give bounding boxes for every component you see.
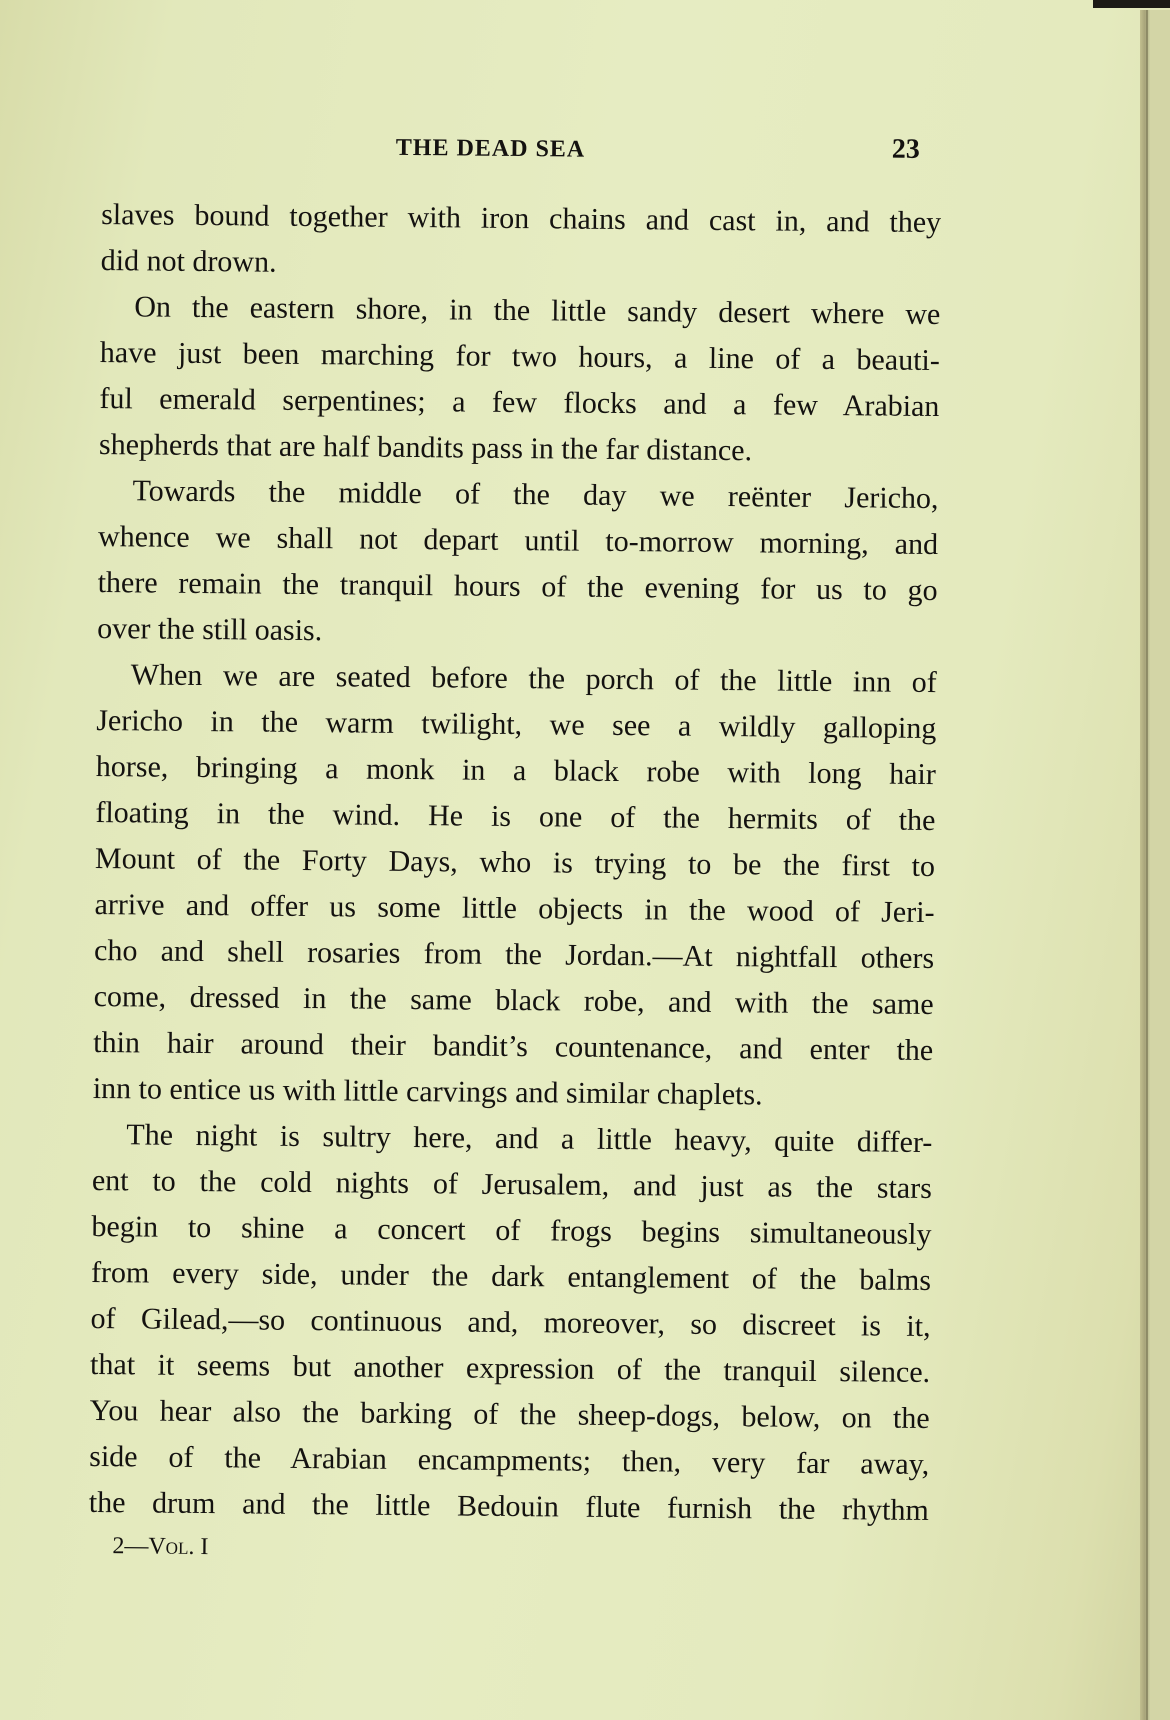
text-line: begin to shine a concert of frogs begins… [91, 1204, 931, 1258]
text-line: come, dressed in the same black robe, an… [93, 974, 933, 1028]
text-line: floating in the wind. He is one of the h… [95, 790, 935, 844]
text-line: whence we shall not depart until to-morr… [98, 514, 938, 568]
text-line: slaves bound together with iron chains a… [101, 192, 941, 246]
text-line: arrive and offer us some little objects … [94, 882, 934, 936]
text-line: of Gilead,—so continuous and, moreover, … [90, 1296, 930, 1350]
paragraph: On the eastern shore, in the little sand… [99, 284, 941, 476]
text-line: that it seems but another expression of … [90, 1342, 930, 1396]
scan-background-corner [1093, 0, 1170, 8]
page-edge-shadow [1146, 10, 1148, 1720]
page-number: 23 [892, 134, 920, 166]
text-line: side of the Arabian encampments; then, v… [89, 1434, 929, 1488]
text-line: have just been marching for two hours, a… [100, 330, 940, 384]
text-block: THE DEAD SEA 23 slaves bound together wi… [88, 130, 942, 1574]
text-line: did not drown. [101, 238, 941, 292]
text-line: When we are seated before the porch of t… [97, 652, 937, 706]
paragraph: The night is sultry here, and a little h… [89, 1112, 933, 1534]
text-line: On the eastern shore, in the little sand… [100, 284, 940, 338]
book-page: THE DEAD SEA 23 slaves bound together wi… [0, 0, 1170, 1720]
text-line: Mount of the Forty Days, who is trying t… [95, 836, 935, 890]
running-head: THE DEAD SEA 23 [102, 130, 942, 178]
paragraph: When we are seated before the porch of t… [93, 652, 937, 1120]
signature-mark: 2—Vol. I [112, 1526, 928, 1574]
adjacent-pages-strip [1150, 10, 1170, 1720]
page-edge [1140, 10, 1150, 1720]
text-line: horse, bringing a monk in a black robe w… [96, 744, 936, 798]
text-line: over the still oasis. [97, 606, 937, 660]
text-line: You hear also the barking of the sheep-d… [89, 1388, 929, 1442]
text-line: the drum and the little Bedouin flute fu… [89, 1480, 929, 1534]
body-text: slaves bound together with iron chains a… [89, 192, 942, 1534]
text-line: cho and shell rosaries from the Jordan.—… [94, 928, 934, 982]
text-line: Jericho in the warm twilight, we see a w… [96, 698, 936, 752]
running-title: THE DEAD SEA [396, 135, 586, 164]
text-line: there remain the tranquil hours of the e… [97, 560, 937, 614]
text-line: from every side, under the dark entangle… [91, 1250, 931, 1304]
text-line: Towards the middle of the day we reënter… [98, 468, 938, 522]
text-line: ful emerald serpentines; a few flocks an… [99, 376, 939, 430]
text-line: thin hair around their bandit’s countena… [93, 1020, 933, 1074]
paragraph: Towards the middle of the day we reënter… [97, 468, 939, 660]
text-line: The night is sultry here, and a little h… [92, 1112, 932, 1166]
text-line: ent to the cold nights of Jerusalem, and… [92, 1158, 932, 1212]
text-line: inn to entice us with little carvings an… [93, 1066, 933, 1120]
paragraph: slaves bound together with iron chains a… [101, 192, 942, 292]
text-line: shepherds that are half bandits pass in … [99, 422, 939, 476]
